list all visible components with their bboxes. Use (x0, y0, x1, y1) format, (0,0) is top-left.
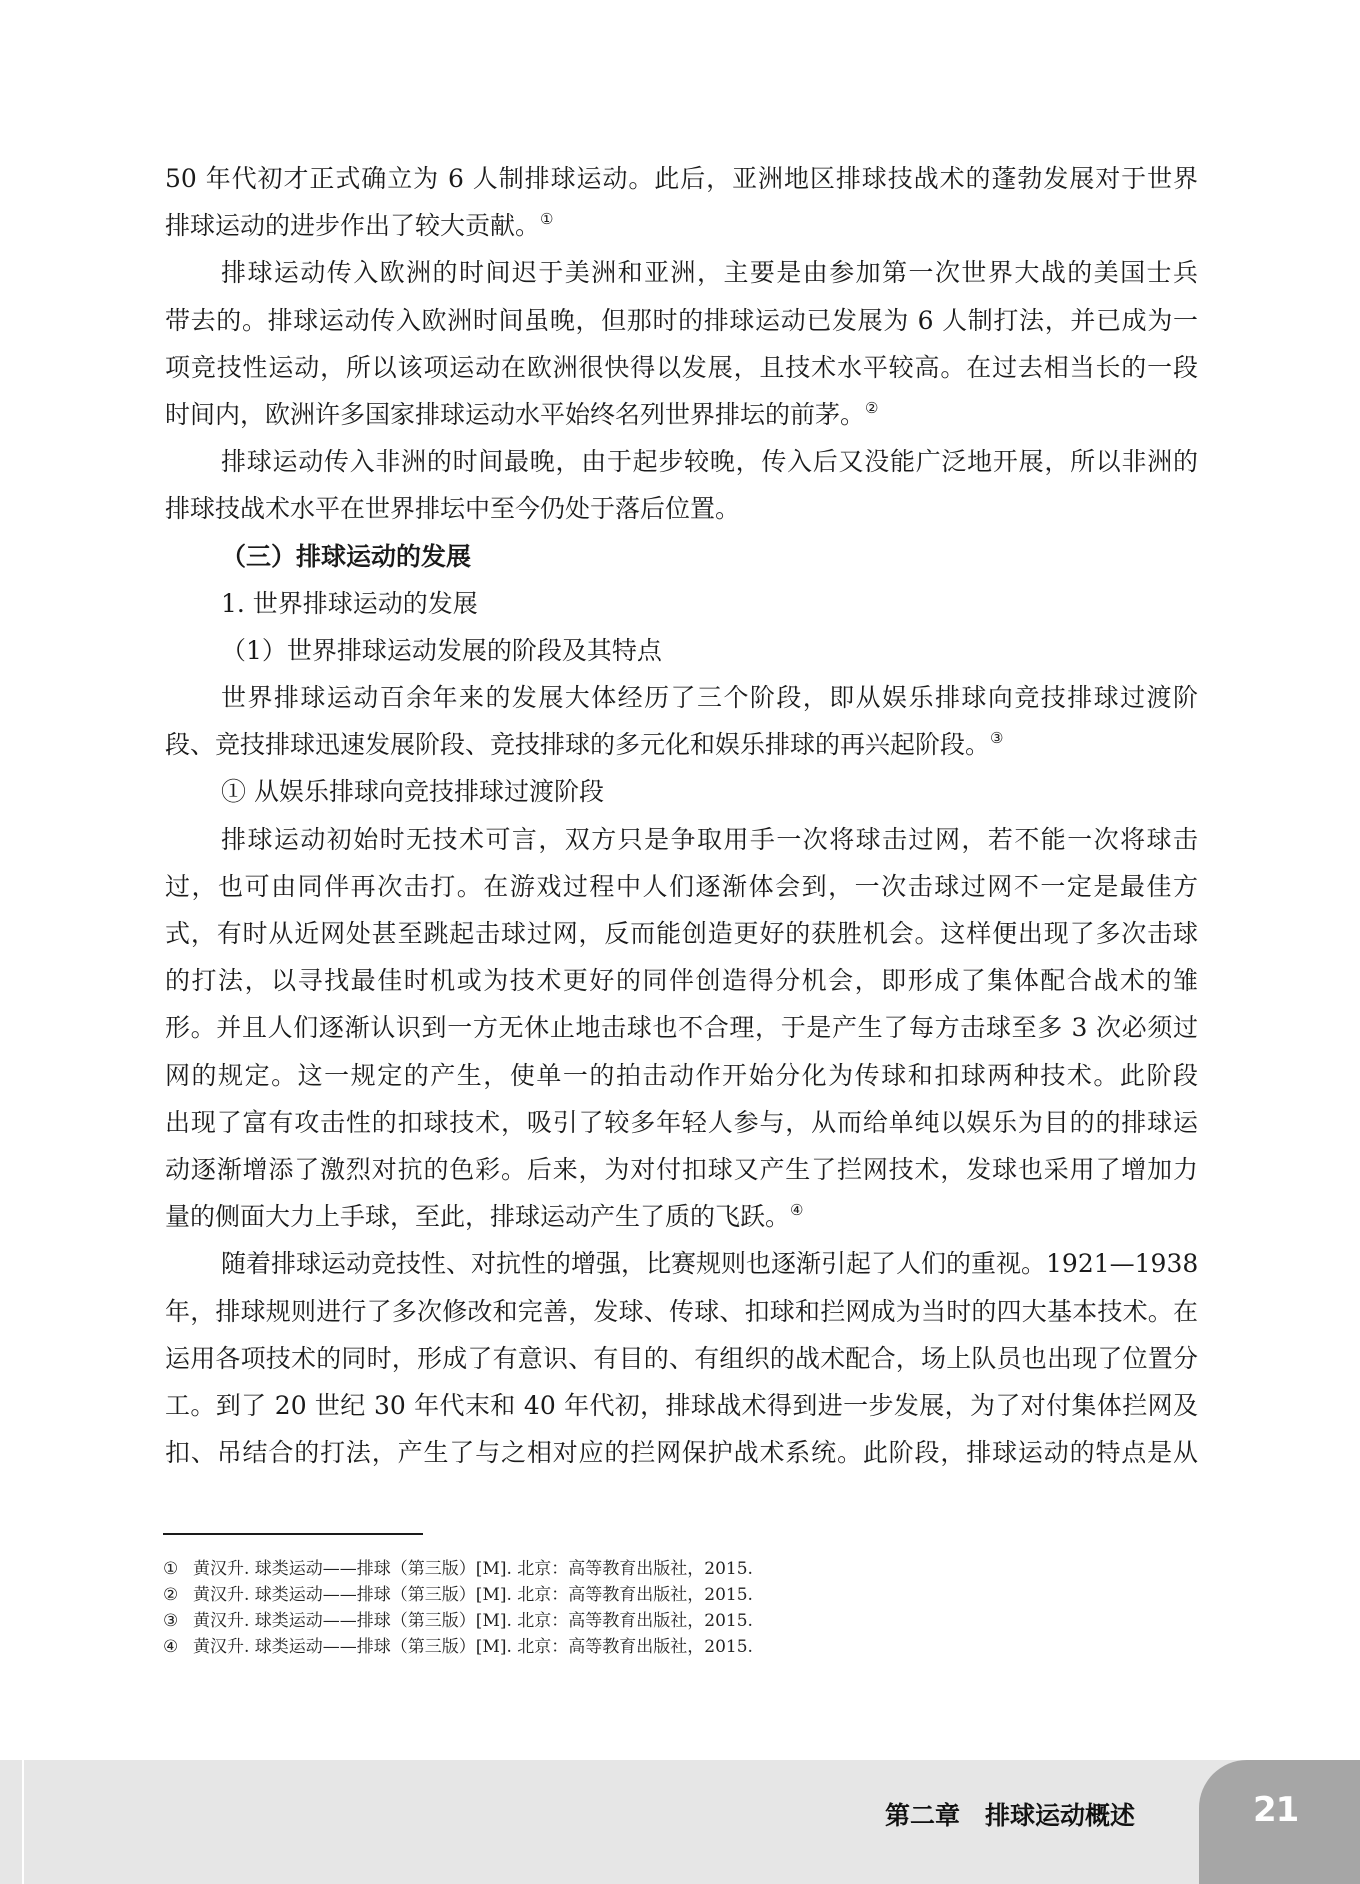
page-footer: 第二章 排球运动概述 21 (0, 1760, 1360, 1884)
footnote-item: ③黄汉升. 球类运动——排球（第三版）[M]. 北京：高等教育出版社，2015. (163, 1608, 963, 1634)
paragraph-line: 项竞技性运动，所以该项运动在欧洲很快得以发展，且技术水平较高。在过去相当长的一段 (165, 344, 1198, 391)
paragraph-line: 运用各项技术的同时，形成了有意识、有目的、有组织的战术配合，场上队员也出现了位置… (165, 1335, 1198, 1382)
paragraph-line: 扣、吊结合的打法，产生了与之相对应的拦网保护战术系统。此阶段，排球运动的特点是从 (165, 1429, 1198, 1476)
paragraph-line: 量的侧面大力上手球，至此，排球运动产生了质的飞跃。④ (165, 1193, 1198, 1240)
paragraph-line: 世界排球运动百余年来的发展大体经历了三个阶段，即从娱乐排球向竞技排球过渡阶 (165, 674, 1198, 721)
paragraph-line: 排球运动传入非洲的时间最晚，由于起步较晚，传入后又没能广泛地开展，所以非洲的 (165, 438, 1198, 485)
footnote-text: 黄汉升. 球类运动——排球（第三版）[M]. 北京：高等教育出版社，2015. (193, 1585, 753, 1605)
page-body: 50 年代初才正式确立为 6 人制排球运动。此后，亚洲地区排球技战术的蓬勃发展对… (165, 155, 1198, 1476)
page-number-tab: 21 (1199, 1760, 1360, 1884)
footnote-mark: ① (163, 1556, 193, 1582)
paragraph-line: 排球技战术水平在世界排坛中至今仍处于落后位置。 (165, 485, 1198, 532)
footnote-item: ②黄汉升. 球类运动——排球（第三版）[M]. 北京：高等教育出版社，2015. (163, 1582, 963, 1608)
running-chapter-title: 第二章 排球运动概述 (885, 1796, 1135, 1832)
footnote-mark: ④ (163, 1634, 193, 1660)
footnote-mark: ② (163, 1582, 193, 1608)
footnote-ref[interactable]: ② (865, 399, 878, 417)
paragraph-line: 随着排球运动竞技性、对抗性的增强，比赛规则也逐渐引起了人们的重视。1921—19… (165, 1240, 1198, 1287)
paragraph-line: 排球运动的进步作出了较大贡献。① (165, 202, 1198, 249)
paragraph-line: 带去的。排球运动传入欧洲时间虽晚，但那时的排球运动已发展为 6 人制打法，并已成… (165, 297, 1198, 344)
subsection-heading: 1. 世界排球运动的发展 (165, 580, 1198, 627)
footnote-text: 黄汉升. 球类运动——排球（第三版）[M]. 北京：高等教育出版社，2015. (193, 1559, 753, 1579)
footnote-mark: ③ (163, 1608, 193, 1634)
footnote-ref[interactable]: ① (540, 210, 553, 228)
footnote-ref[interactable]: ③ (990, 729, 1003, 747)
paragraph-line: 年，排球规则进行了多次修改和完善，发球、传球、扣球和拦网成为当时的四大基本技术。… (165, 1288, 1198, 1335)
paragraph-line: 网的规定。这一规定的产生，使单一的拍击动作开始分化为传球和扣球两种技术。此阶段 (165, 1052, 1198, 1099)
page-number: 21 (1253, 1790, 1298, 1830)
paragraph-line: 排球运动初始时无技术可言，双方只是争取用手一次将球击过网，若不能一次将球击 (165, 816, 1198, 863)
footnote-text: 黄汉升. 球类运动——排球（第三版）[M]. 北京：高等教育出版社，2015. (193, 1611, 753, 1631)
paragraph-line: 排球运动传入欧洲的时间迟于美洲和亚洲，主要是由参加第一次世界大战的美国士兵 (165, 249, 1198, 296)
stage-heading: ① 从娱乐排球向竞技排球过渡阶段 (165, 768, 1198, 815)
section-heading: （三）排球运动的发展 (165, 533, 1198, 580)
footnote-ref[interactable]: ④ (790, 1201, 803, 1219)
footnote-separator (163, 1533, 423, 1535)
paragraph-line: 的打法，以寻找最佳时机或为技术更好的同伴创造得分机会，即形成了集体配合战术的雏 (165, 957, 1198, 1004)
footnotes: ①黄汉升. 球类运动——排球（第三版）[M]. 北京：高等教育出版社，2015.… (163, 1556, 963, 1660)
footnote-item: ①黄汉升. 球类运动——排球（第三版）[M]. 北京：高等教育出版社，2015. (163, 1556, 963, 1582)
footnote-item: ④黄汉升. 球类运动——排球（第三版）[M]. 北京：高等教育出版社，2015. (163, 1634, 963, 1660)
paragraph-line: 动逐渐增添了激烈对抗的色彩。后来，为对付扣球又产生了拦网技术，发球也采用了增加力 (165, 1146, 1198, 1193)
paragraph-line: 段、竞技排球迅速发展阶段、竞技排球的多元化和娱乐排球的再兴起阶段。③ (165, 721, 1198, 768)
paragraph-line: 出现了富有攻击性的扣球技术，吸引了较多年轻人参与，从而给单纯以娱乐为目的的排球运 (165, 1099, 1198, 1146)
paragraph-line: 式，有时从近网处甚至跳起击球过网，反而能创造更好的获胜机会。这样便出现了多次击球 (165, 910, 1198, 957)
paragraph-line: 过，也可由同伴再次击打。在游戏过程中人们逐渐体会到，一次击球过网不一定是最佳方 (165, 863, 1198, 910)
paragraph-line: 工。到了 20 世纪 30 年代末和 40 年代初，排球战术得到进一步发展，为了… (165, 1382, 1198, 1429)
paragraph-line: 50 年代初才正式确立为 6 人制排球运动。此后，亚洲地区排球技战术的蓬勃发展对… (165, 155, 1198, 202)
paragraph-line: 形。并且人们逐渐认识到一方无休止地击球也不合理，于是产生了每方击球至多 3 次必… (165, 1004, 1198, 1051)
paragraph-line: 时间内，欧洲许多国家排球运动水平始终名列世界排坛的前茅。② (165, 391, 1198, 438)
footer-stripe (22, 1760, 24, 1884)
footnote-text: 黄汉升. 球类运动——排球（第三版）[M]. 北京：高等教育出版社，2015. (193, 1637, 753, 1657)
subsubsection-heading: （1）世界排球运动发展的阶段及其特点 (165, 627, 1198, 674)
